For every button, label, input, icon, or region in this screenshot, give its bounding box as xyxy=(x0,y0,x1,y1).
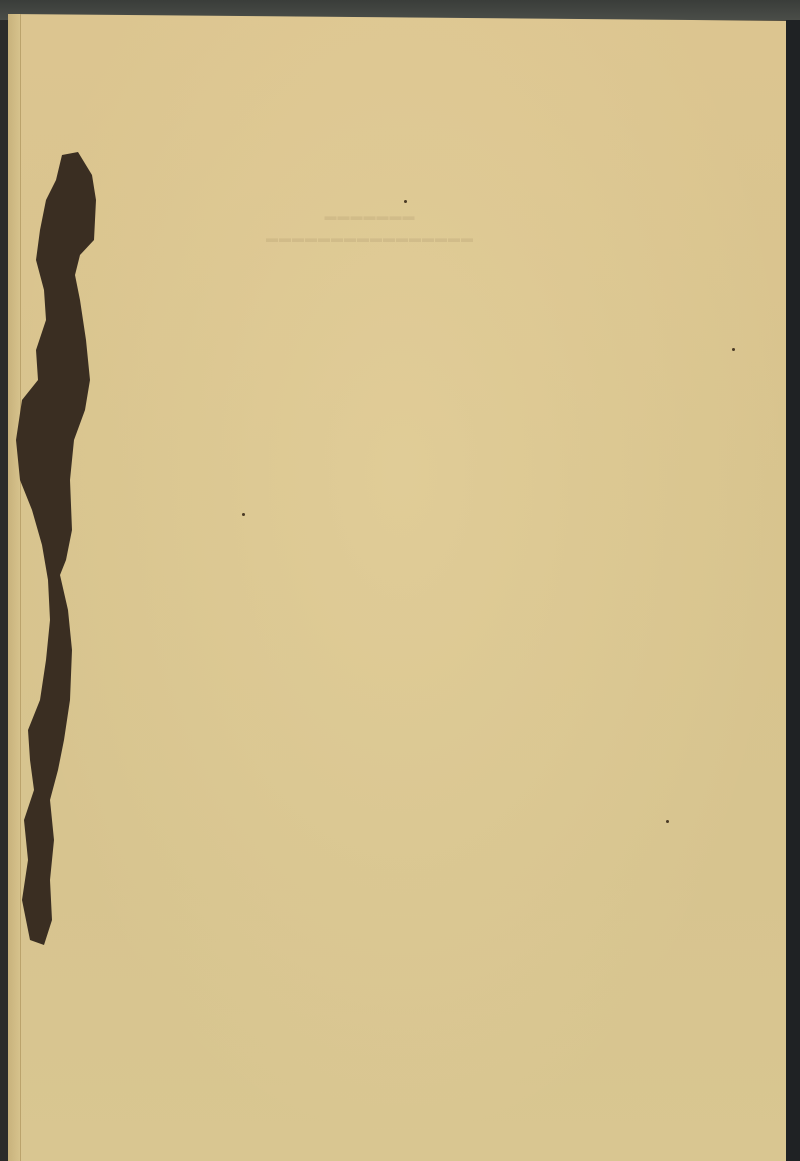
paper-speck xyxy=(242,513,245,516)
paper-speck xyxy=(404,200,407,203)
paper-speck xyxy=(666,820,669,823)
paper-speck xyxy=(732,348,735,351)
edge-damage-stain xyxy=(0,0,800,1161)
